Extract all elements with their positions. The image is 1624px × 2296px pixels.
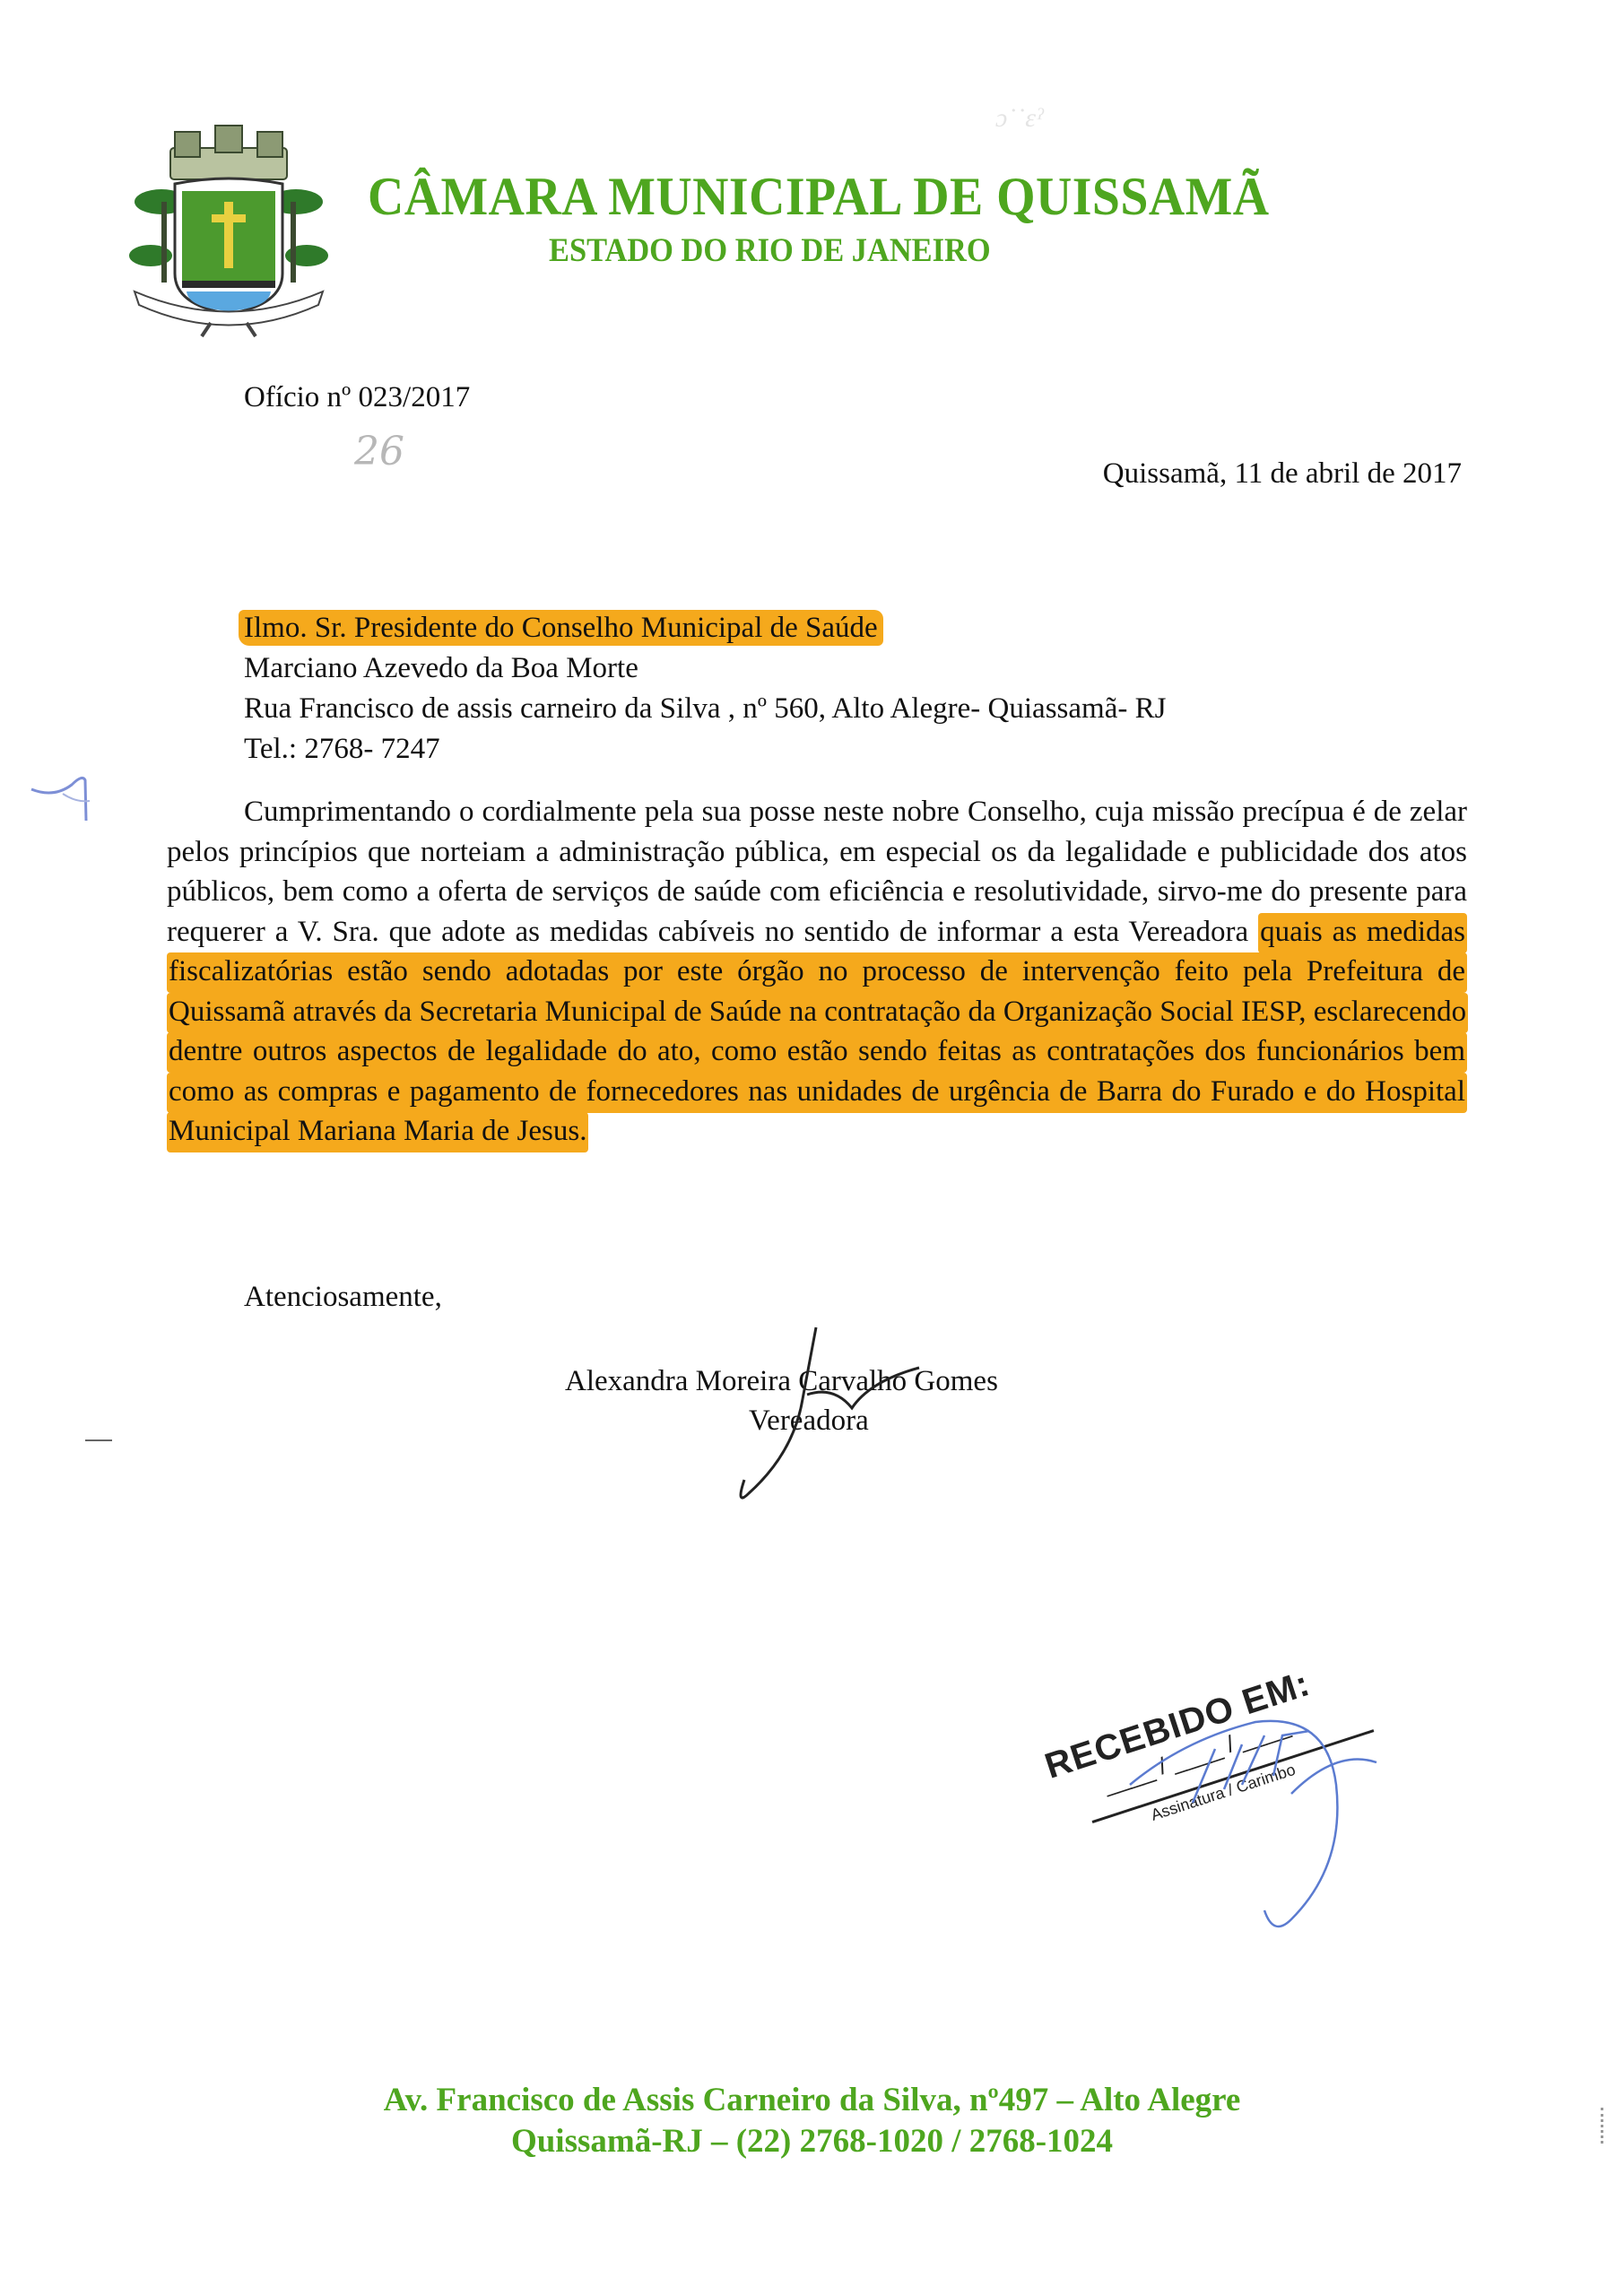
footer-contact: Quissamã-RJ – (22) 2768-1020 / 2768-1024 — [0, 2122, 1624, 2161]
recipient-salutation: Ilmo. Sr. Presidente do Conselho Municip… — [244, 612, 878, 645]
margin-dash-mark — [85, 1439, 112, 1447]
footer-address: Av. Francisco de Assis Carneiro da Silva… — [0, 2081, 1624, 2119]
highlighted-salutation: Ilmo. Sr. Presidente do Conselho Municip… — [239, 610, 883, 646]
signature-icon — [682, 1318, 968, 1516]
body-paragraph: Cumprimentando o cordialmente pela sua p… — [167, 792, 1467, 1152]
recipient-name: Marciano Azevedo da Boa Morte — [244, 652, 638, 685]
institution-subtitle: ESTADO DO RIO DE JANEIRO — [549, 231, 991, 270]
faint-pencil-mark: ɔ˙˙ɛˀ — [995, 103, 1043, 134]
institution-title: CÂMARA MUNICIPAL DE QUISSAMÃ — [368, 166, 1270, 228]
municipal-coat-of-arms-icon — [126, 121, 332, 341]
recipient-address: Rua Francisco de assis carneiro da Silva… — [244, 692, 1166, 726]
body-highlighted-text: quais as medidas fiscalizatórias estão s… — [167, 913, 1468, 1153]
recipient-phone: Tel.: 2768- 7247 — [244, 733, 440, 766]
margin-handwritten-mark-icon — [27, 767, 108, 839]
handwritten-number: 26 — [354, 429, 404, 474]
closing: Atenciosamente, — [244, 1281, 442, 1314]
stamp-handwritten-initials-icon — [1040, 1686, 1399, 1955]
document-reference: Ofício nº 023/2017 — [244, 381, 470, 414]
document-date: Quissamã, 11 de abril de 2017 — [1103, 457, 1462, 491]
